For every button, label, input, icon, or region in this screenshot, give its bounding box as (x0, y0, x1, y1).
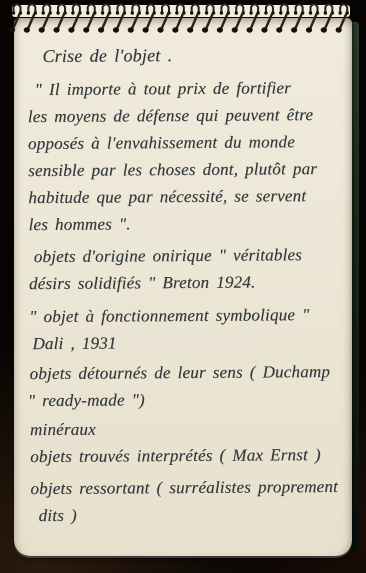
handwritten-line: minéraux (28, 414, 349, 443)
handwritten-line: " Il importe à tout prix de fortifier (26, 74, 347, 103)
page-title: Crise de l'objet . (25, 41, 346, 70)
handwritten-line: les hommes ". (26, 209, 347, 238)
handwritten-line: " objet à fonctionnement symbolique " (27, 301, 348, 330)
handwriting-lines: Crise de l'objet ." Il importe à tout pr… (25, 41, 349, 529)
handwritten-line: objets d'origine onirique " véritables (27, 241, 348, 270)
handwritten-line: objets ressortant ( surréalistes proprem… (28, 473, 349, 502)
handwritten-line: habitude que par nécessité, se servent (26, 182, 347, 211)
handwritten-line: objets trouvés interprétés ( Max Ernst ) (28, 441, 349, 470)
notebook-photo: Crise de l'objet ." Il importe à tout pr… (0, 0, 366, 573)
handwritten-line: " ready-made ") (28, 385, 349, 414)
notebook-page: Crise de l'objet ." Il importe à tout pr… (14, 18, 352, 556)
handwritten-line: sensible par les choses dont, plutôt par (26, 155, 347, 184)
handwritten-line: les moyens de défense qui peuvent être (26, 101, 347, 130)
handwritten-line: opposés à l'envahissement du monde (26, 128, 347, 157)
handwritten-line: Dali , 1931 (27, 328, 348, 357)
handwritten-line: objets détournés de leur sens ( Duchamp (28, 358, 349, 387)
spiral-binding-icon (0, 0, 366, 38)
handwritten-line: dits ) (29, 500, 350, 529)
handwritten-line: désirs solidifiés " Breton 1924. (27, 268, 348, 297)
